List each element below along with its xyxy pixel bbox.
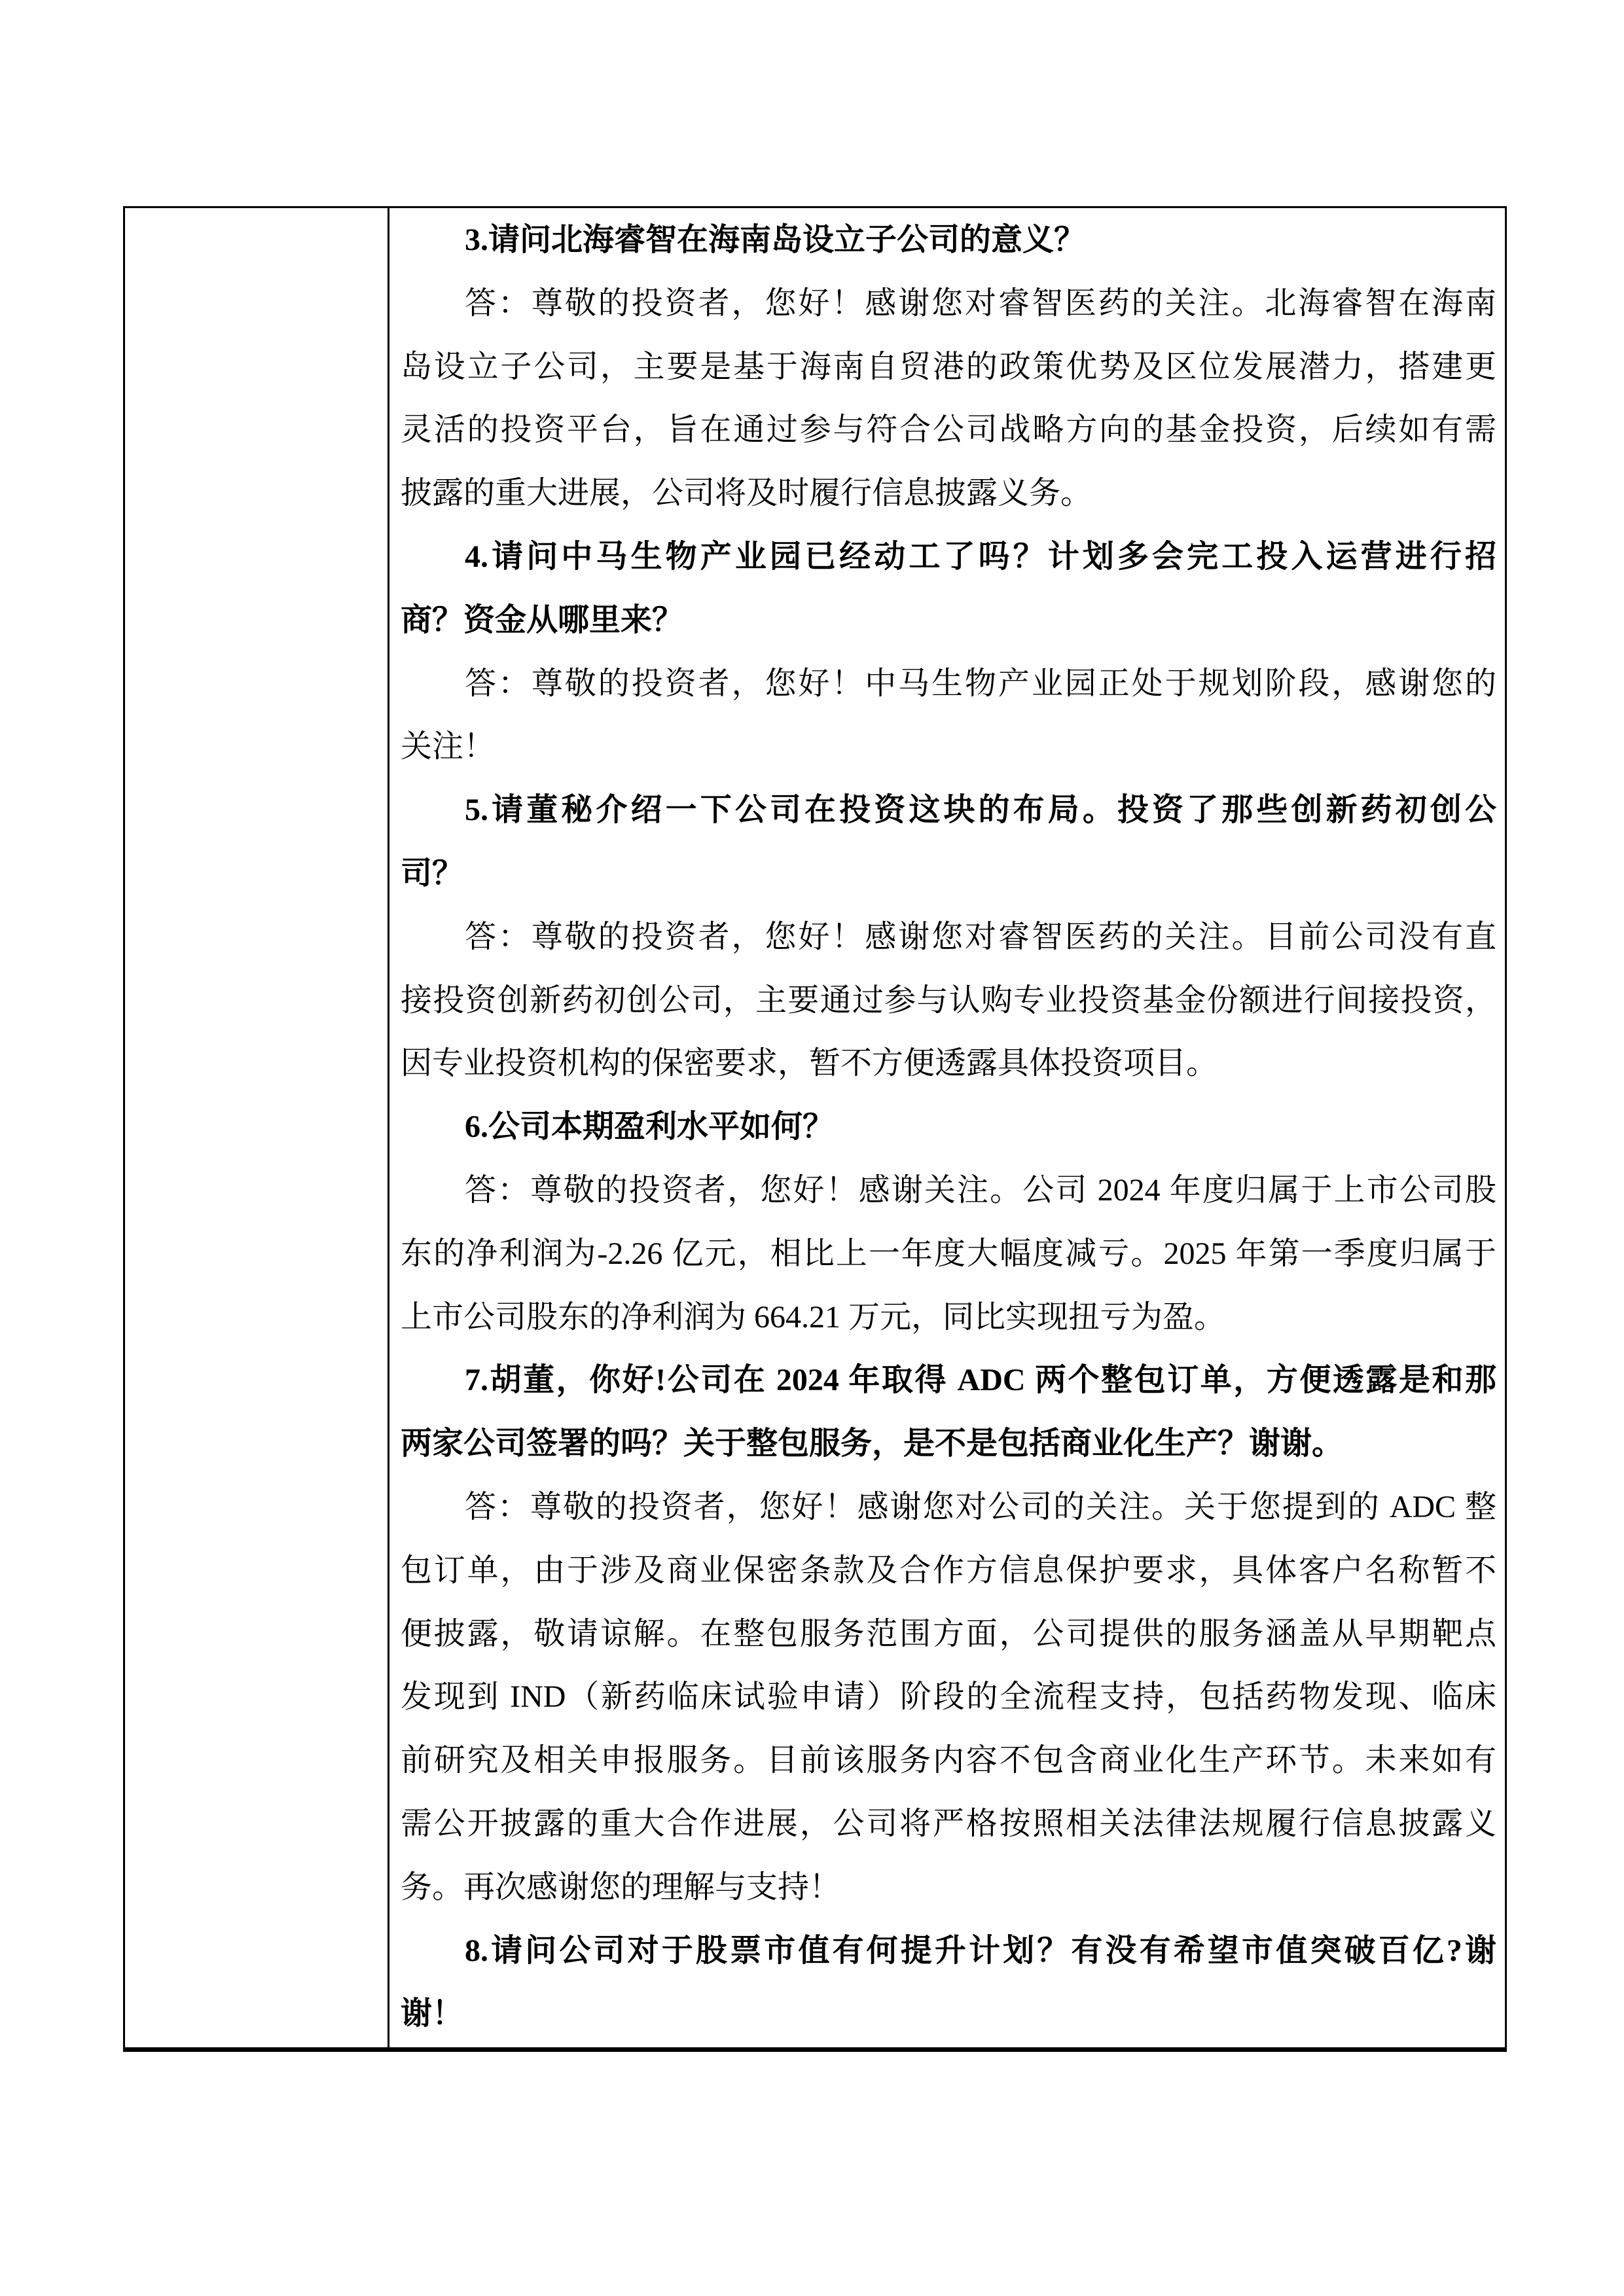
qa-answer-line: 答：尊敬的投资者，您好！感谢您对睿智医药的关注。目前公司没有直	[401, 906, 1496, 969]
qa-answer-line: 前研究及相关申报服务。目前该服务内容不包含商业化生产环节。未来如有	[401, 1729, 1496, 1793]
qa-answer-line: 东的净利润为-2.26 亿元，相比上一年度大幅度减亏。2025 年第一季度归属于	[401, 1223, 1496, 1286]
qa-answer-line: 答：尊敬的投资者，您好！中马生物产业园正处于规划阶段，感谢您的	[401, 653, 1496, 716]
qa-question-line: 7.胡董，你好!公司在 2024 年取得 ADC 两个整包订单，方便透露是和那	[401, 1349, 1496, 1412]
qa-answer-line: 答：尊敬的投资者，您好！感谢您对睿智医药的关注。北海睿智在海南	[401, 272, 1496, 336]
qa-answer-line: 务。再次感谢您的理解与支持！	[401, 1856, 1496, 1920]
table-cell-empty	[125, 208, 389, 2047]
qa-answer-line: 灵活的投资平台，旨在通过参与符合公司战略方向的基金投资，后续如有需	[401, 399, 1496, 462]
qa-answer-line: 岛设立子公司，主要是基于海南自贸港的政策优势及区位发展潜力，搭建更	[401, 336, 1496, 399]
qa-answer-line: 答：尊敬的投资者，您好！感谢关注。公司 2024 年度归属于上市公司股	[401, 1159, 1496, 1223]
qa-answer-line: 关注！	[401, 715, 1496, 779]
qa-answer-line: 需公开披露的重大合作进展，公司将严格按照相关法律法规履行信息披露义	[401, 1793, 1496, 1856]
qa-answer-line: 披露的重大进展，公司将及时履行信息披露义务。	[401, 462, 1496, 526]
qa-question-line: 谢！	[401, 1982, 1496, 2046]
qa-question-line: 8.请问公司对于股票市值有何提升计划？有没有希望市值突破百亿?谢	[401, 1920, 1496, 1983]
qa-question-line: 3.请问北海睿智在海南岛设立子公司的意义？	[401, 209, 1496, 272]
qa-answer-line: 接投资创新药初创公司，主要通过参与认购专业投资基金份额进行间接投资，	[401, 969, 1496, 1033]
qa-question-line: 司？	[401, 842, 1496, 906]
qa-answer-line: 上市公司股东的净利润为 664.21 万元，同比实现扭亏为盈。	[401, 1286, 1496, 1350]
qa-answer-line: 因专业投资机构的保密要求，暂不方便透露具体投资项目。	[401, 1032, 1496, 1096]
qa-question-line: 商？资金从哪里来？	[401, 589, 1496, 653]
qa-question-line: 5.请董秘介绍一下公司在投资这块的布局。投资了那些创新药初创公	[401, 779, 1496, 842]
qa-answer-line: 发现到 IND（新药临床试验申请）阶段的全流程支持，包括药物发现、临床	[401, 1666, 1496, 1729]
qa-answer-line: 包订单，由于涉及商业保密条款及合作方信息保护要求，具体客户名称暂不	[401, 1539, 1496, 1603]
qa-question-line: 两家公司签署的吗？关于整包服务，是不是包括商业化生产？谢谢。	[401, 1412, 1496, 1476]
qa-question-line: 6.公司本期盈利水平如何？	[401, 1096, 1496, 1159]
qa-question-line: 4.请问中马生物产业园已经动工了吗？计划多会完工投入运营进行招	[401, 526, 1496, 589]
document-page: 3.请问北海睿智在海南岛设立子公司的意义？答：尊敬的投资者，您好！感谢您对睿智医…	[0, 0, 1624, 2296]
qa-answer-line: 便披露，敬请谅解。在整包服务范围方面，公司提供的服务涵盖从早期靶点	[401, 1603, 1496, 1666]
qa-table: 3.请问北海睿智在海南岛设立子公司的意义？答：尊敬的投资者，您好！感谢您对睿智医…	[123, 206, 1507, 2052]
qa-answer-line: 答：尊敬的投资者，您好！感谢您对公司的关注。关于您提到的 ADC 整	[401, 1476, 1496, 1539]
table-cell-qa-content: 3.请问北海睿智在海南岛设立子公司的意义？答：尊敬的投资者，您好！感谢您对睿智医…	[389, 208, 1505, 2047]
